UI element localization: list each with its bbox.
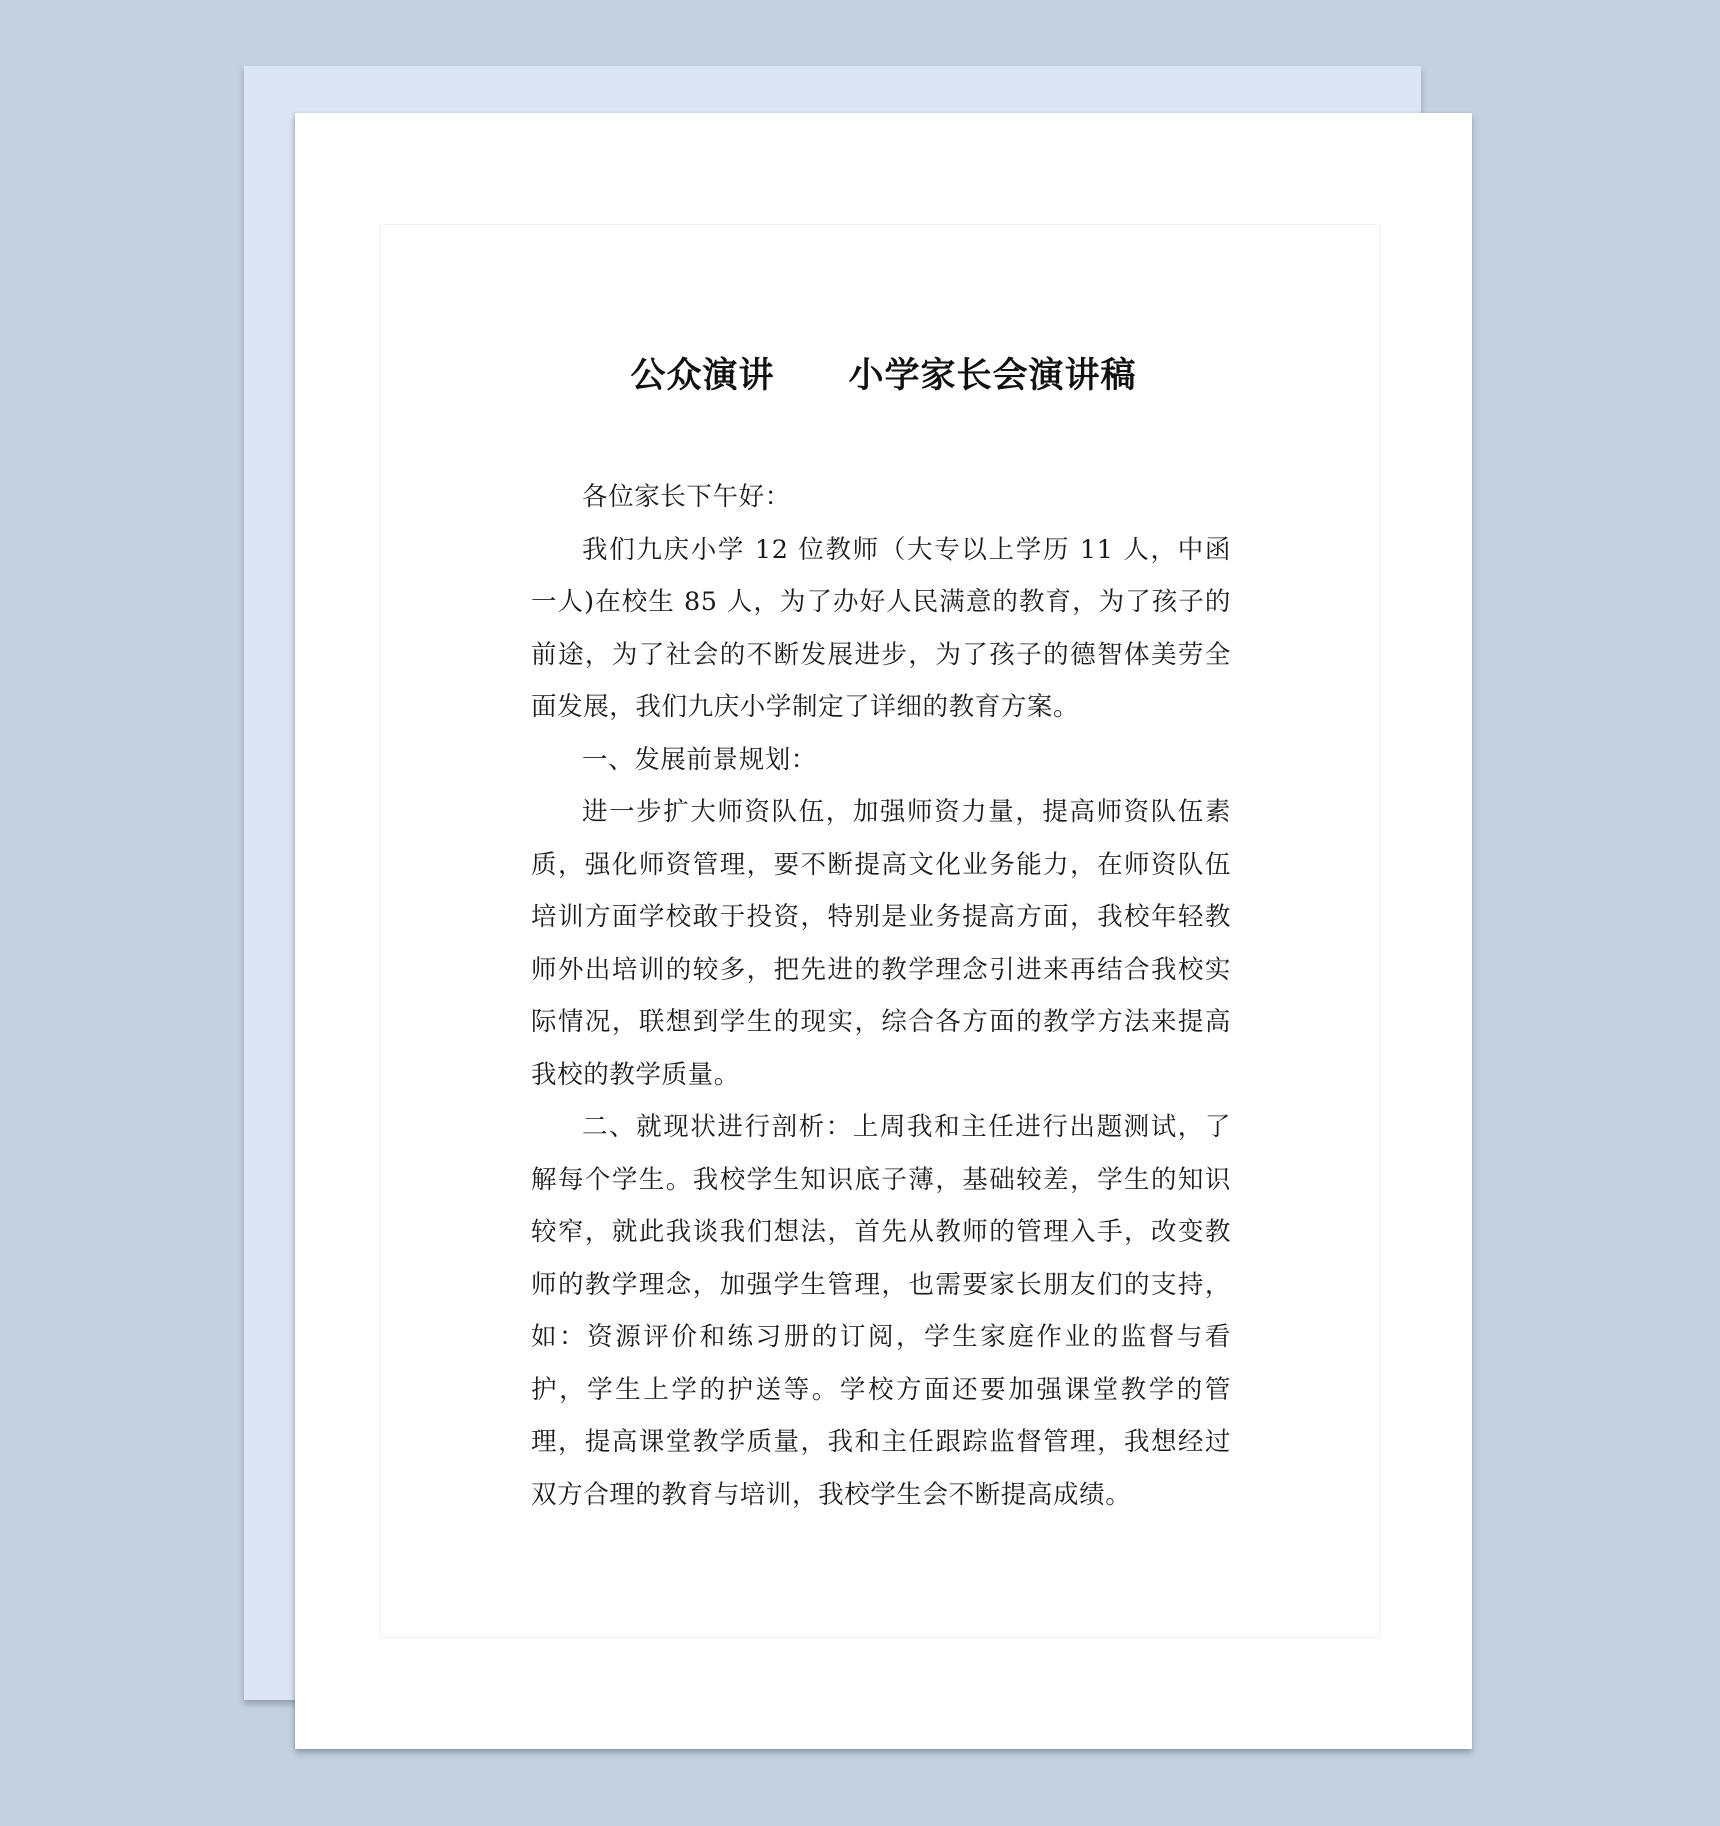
document-page: 公众演讲小学家长会演讲稿 各位家长下午好： 我们九庆小学 12 位教师（大专以上… bbox=[295, 113, 1472, 1749]
intro-paragraph: 我们九庆小学 12 位教师（大专以上学历 11 人，中函一人)在校生 85 人，… bbox=[531, 524, 1231, 734]
title-main: 小学家长会演讲稿 bbox=[849, 356, 1137, 396]
greeting-paragraph: 各位家长下午好： bbox=[531, 471, 1231, 524]
section-1-paragraph: 进一步扩大师资队伍，加强师资力量，提高师资队伍素质，强化师资管理，要不断提高文化… bbox=[531, 786, 1231, 1101]
section-1-heading: 一、发展前景规划： bbox=[531, 734, 1231, 787]
document-title: 公众演讲小学家长会演讲稿 bbox=[295, 348, 1472, 398]
section-2-paragraph: 二、就现状进行剖析：上周我和主任进行出题测试，了解每个学生。我校学生知识底子薄，… bbox=[531, 1101, 1231, 1521]
title-category: 公众演讲 bbox=[630, 356, 774, 396]
document-body: 各位家长下午好： 我们九庆小学 12 位教师（大专以上学历 11 人，中函一人)… bbox=[531, 471, 1231, 1521]
